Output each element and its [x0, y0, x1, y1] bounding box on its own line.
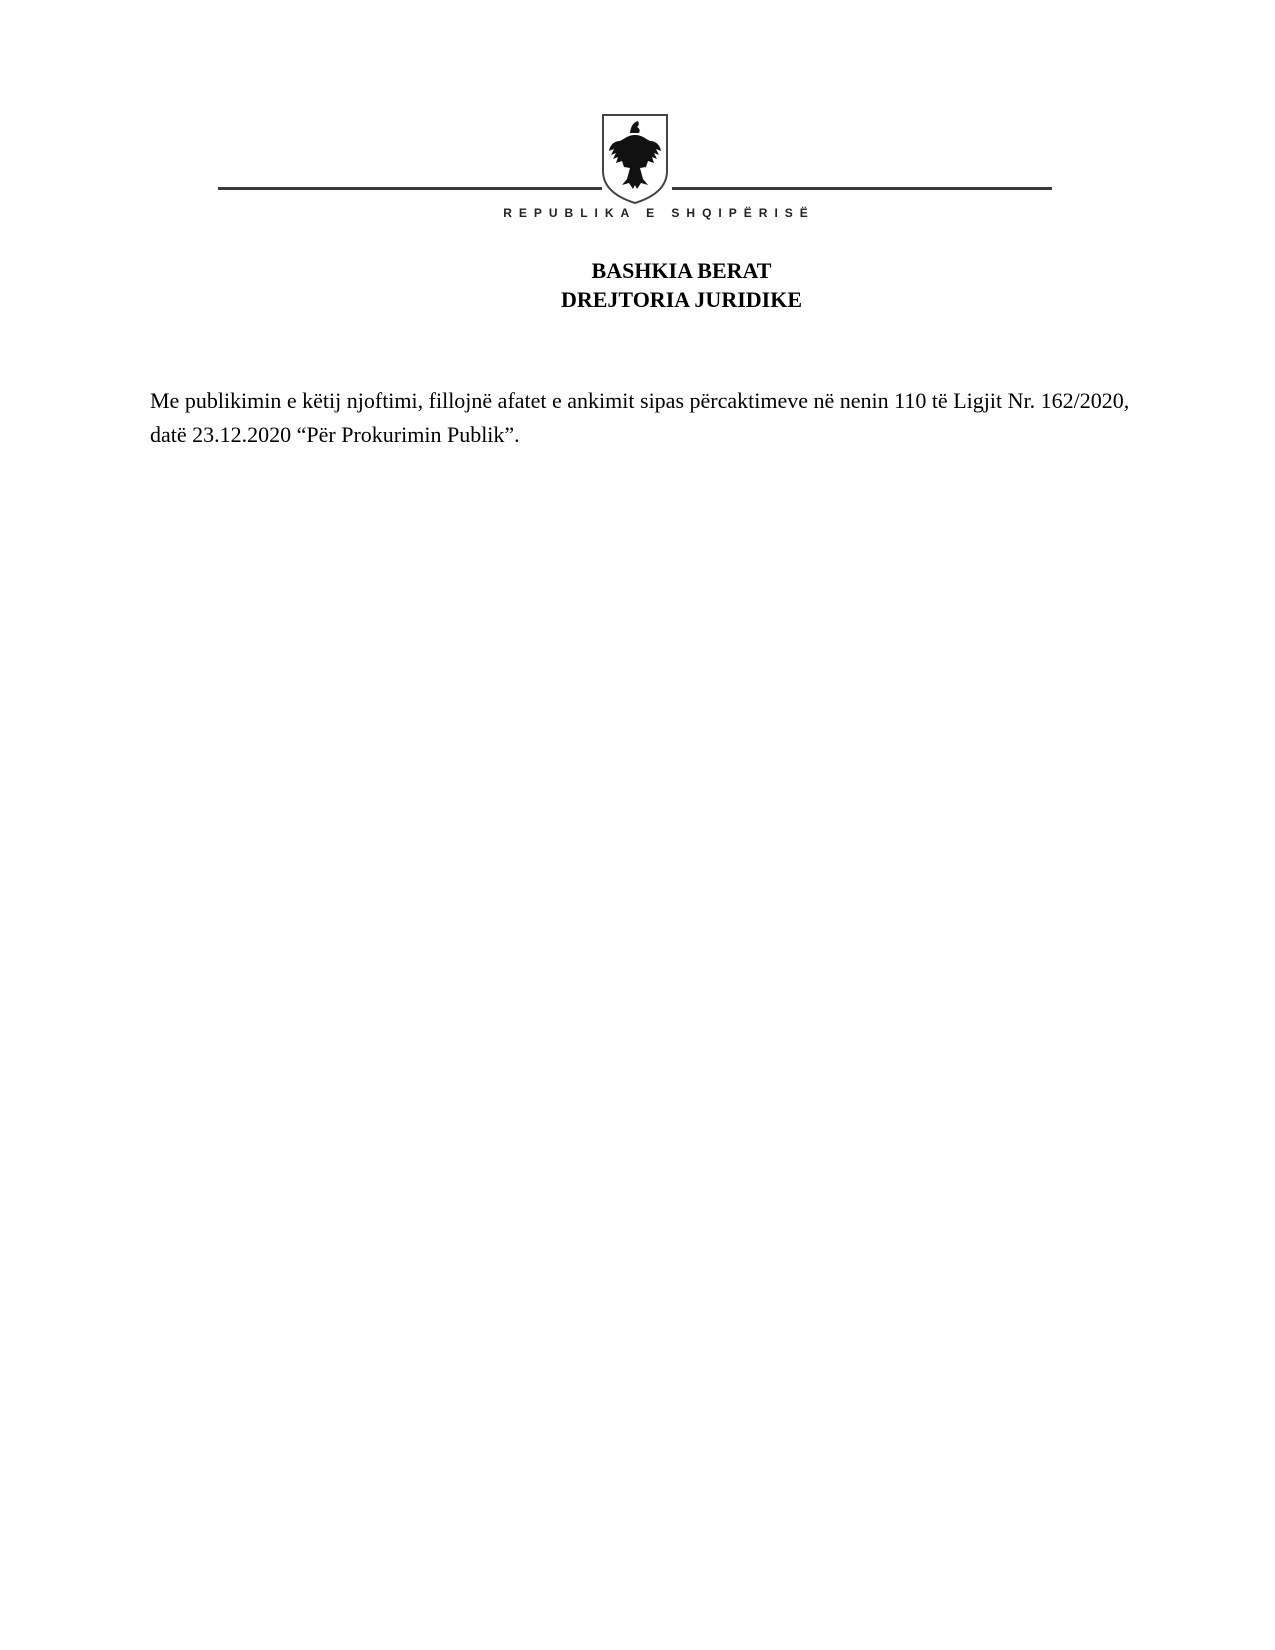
institution-title: BASHKIA BERAT: [0, 258, 1275, 284]
albanian-coat-of-arms-icon: [600, 113, 670, 205]
department-title: DREJTORIA JURIDIKE: [0, 287, 1275, 313]
header-rule-left: [218, 187, 602, 190]
header-rule-right: [672, 187, 1052, 190]
notice-paragraph: Me publikimin e këtij njoftimi, fillojnë…: [150, 384, 1140, 452]
republic-label: REPUBLIKA E SHQIPËRISË: [0, 206, 1275, 220]
